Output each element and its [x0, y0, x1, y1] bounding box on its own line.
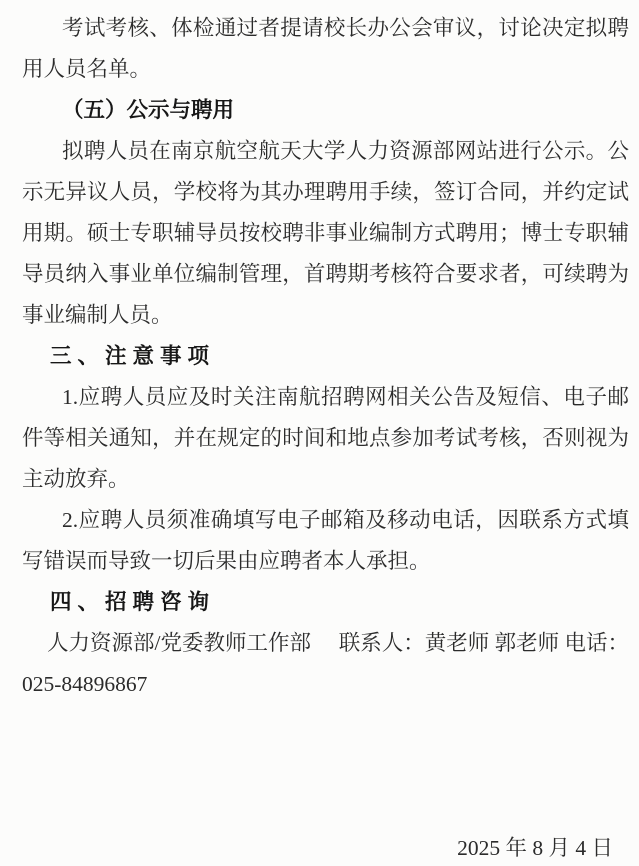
paragraph-line: 事业编制人员。 [22, 295, 629, 336]
section-heading-notes: 三、注意事项 [22, 336, 629, 377]
section-heading-inquiry: 四、招聘咨询 [22, 582, 629, 623]
paragraph-line: 导员纳入事业单位编制管理，首聘期考核符合要求者，可续聘为 [22, 254, 629, 295]
contact-dept: 人力资源部/党委教师工作部 [47, 623, 311, 664]
date-line: 2025 年 8 月 4 日 [22, 828, 629, 866]
paragraph-line: 件等相关通知，并在规定的时间和地点参加考试考核，否则视为 [22, 418, 629, 459]
paragraph-line: 用人员名单。 [22, 49, 629, 90]
paragraph-line: 考试考核、体检通过者提请校长办公会审议，讨论决定拟聘 [22, 8, 629, 49]
section-heading-publicity: （五）公示与聘用 [22, 90, 629, 131]
paragraph-line: 拟聘人员在南京航空航天大学人力资源部网站进行公示。公 [22, 131, 629, 172]
paragraph-line: 示无异议人员，学校将为其办理聘用手续，签订合同，并约定试 [22, 172, 629, 213]
paragraph-line: 写错误而导致一切后果由应聘者本人承担。 [22, 541, 629, 582]
contact-line-student-affairs: 学生工作处 联系人：侯老师 电话：025-52117808 [22, 705, 629, 746]
blank-line [22, 787, 629, 828]
paragraph-line: 1.应聘人员应及时关注南航招聘网相关公告及短信、电子邮 [22, 377, 629, 418]
contact-phone-hr: 025-84896867 [22, 664, 629, 705]
paragraph-line: 主动放弃。 [22, 459, 629, 500]
blank-line [22, 746, 629, 787]
contact-info: 联系人：黄老师 郭老师 电话： [339, 623, 629, 664]
paragraph-line: 用期。硕士专职辅导员按校聘非事业编制方式聘用；博士专职辅 [22, 213, 629, 254]
paragraph-line: 2.应聘人员须准确填写电子邮箱及移动电话，因联系方式填 [22, 500, 629, 541]
contact-line-hr: 人力资源部/党委教师工作部 联系人：黄老师 郭老师 电话： [22, 623, 629, 664]
document-page: 考试考核、体检通过者提请校长办公会审议，讨论决定拟聘 用人员名单。 （五）公示与… [0, 0, 639, 866]
